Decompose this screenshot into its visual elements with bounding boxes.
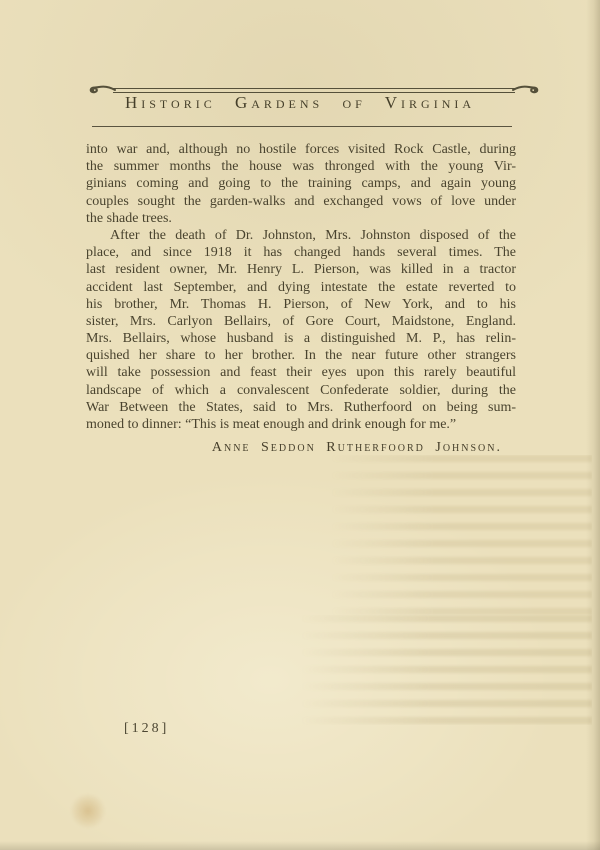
running-head-title: Historic Gardens of Virginia: [0, 93, 600, 113]
page-edge-shadow-right: [586, 0, 600, 850]
page-edge-shadow-bottom: [0, 841, 600, 850]
reverse-side-bleed-through: [330, 455, 592, 615]
text-line: quished her share to her brother. In the…: [86, 347, 516, 364]
text-line: couples sought the garden-walks and exch…: [86, 193, 516, 210]
text-line: place, and since 1918 it has changed han…: [86, 244, 516, 261]
text-line: After the death of Dr. Johnston, Mrs. Jo…: [86, 227, 516, 244]
text-line: landscape of which a convalescent Confed…: [86, 382, 516, 399]
text-line: moned to dinner: “This is meat enough an…: [86, 416, 516, 433]
title-underline-rule: [92, 126, 512, 127]
text-line: the shade trees.: [86, 210, 516, 227]
double-rule: [113, 88, 515, 93]
text-line: Mrs. Bellairs, whose husband is a distin…: [86, 330, 516, 347]
book-page: Historic Gardens of Virginia into war an…: [0, 0, 600, 850]
body-text: into war and, although no hostile forces…: [86, 141, 516, 433]
text-line: War Between the States, said to Mrs. Rut…: [86, 399, 516, 416]
paragraph-2: After the death of Dr. Johnston, Mrs. Jo…: [86, 227, 516, 433]
paragraph-1: into war and, although no hostile forces…: [86, 141, 516, 227]
text-line: the summer months the house was thronged…: [86, 158, 516, 175]
text-line: will take possession and feast their eye…: [86, 364, 516, 381]
author-attribution: Anne Seddon Rutherfoord Johnson.: [86, 440, 514, 456]
text-line: ginians coming and going to the training…: [86, 175, 516, 192]
text-line: into war and, although no hostile forces…: [86, 141, 516, 158]
text-line: accident last September, and dying intes…: [86, 279, 516, 296]
text-line: last resident owner, Mr. Henry L. Pierso…: [86, 261, 516, 278]
page-stain: [70, 794, 106, 828]
text-line: his brother, Mr. Thomas H. Pierson, of N…: [86, 296, 516, 313]
text-line: sister, Mrs. Carlyon Bellairs, of Gore C…: [86, 313, 516, 330]
reverse-side-bleed-through: [300, 615, 592, 725]
page-number: [128]: [124, 721, 169, 737]
